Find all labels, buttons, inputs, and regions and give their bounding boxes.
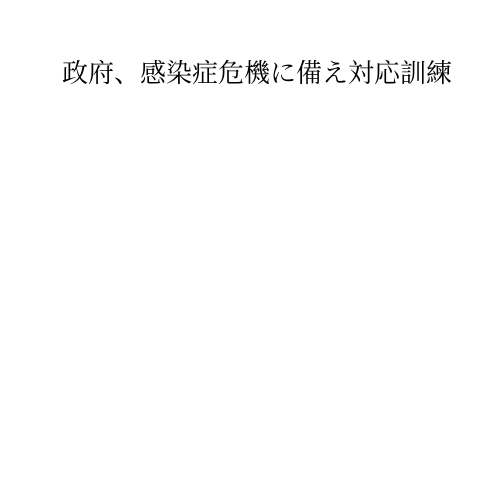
news-headline-link[interactable]: 政府、感染症危機に備え対応訓練 首 xyxy=(36,35,500,113)
headline-separator xyxy=(452,59,500,88)
headline-text: 政府、感染症危機に備え対応訓練 xyxy=(62,59,452,88)
page-background: 政府、感染症危機に備え対応訓練 首 xyxy=(0,0,500,500)
